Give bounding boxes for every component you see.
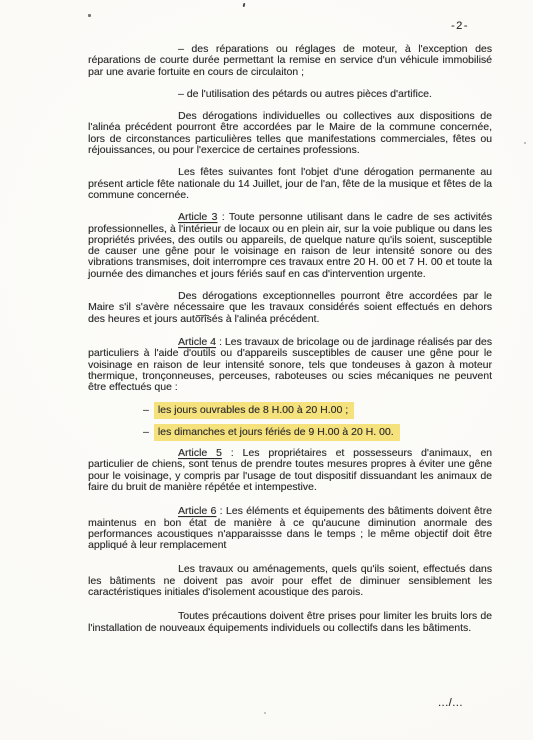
paragraph-exceptional-derogations: Des dérogations exceptionnelles pourront… bbox=[88, 291, 492, 325]
scan-speck bbox=[264, 712, 266, 714]
paragraph-individual-derogations: Des dérogations individuelles ou collect… bbox=[88, 111, 492, 156]
scan-speck bbox=[243, 3, 246, 7]
page-number: -2- bbox=[451, 21, 469, 32]
document-body: – des réparations ou réglages de moteur,… bbox=[88, 44, 492, 645]
article-6-label: Article 6 bbox=[178, 505, 216, 517]
article-4-label: Article 4 bbox=[178, 336, 216, 348]
scan-speck bbox=[196, 315, 209, 316]
highlighted-item-sundays: –les dimanches et jours fériés de 9 H.00… bbox=[143, 427, 492, 438]
article-3-label: Article 3 bbox=[178, 211, 217, 223]
paragraph-precautions: Toutes précautions doivent être prises p… bbox=[88, 611, 492, 634]
highlighted-text-sundays: les dimanches et jours fériés de 9 H.00 … bbox=[154, 424, 400, 441]
continuation-mark: .../... bbox=[438, 698, 463, 709]
paragraph-building-works: Les travaux ou aménagements, quels qu'il… bbox=[88, 564, 492, 598]
paragraph-exclusion-repairs: – des réparations ou réglages de moteur,… bbox=[88, 44, 492, 78]
paragraph-exclusion-firecrackers: – de l'utilisation des pétards ou autres… bbox=[88, 89, 492, 100]
highlighted-text-weekdays: les jours ouvrables de 8 H.00 à 20 H.00 … bbox=[154, 402, 354, 419]
scan-speck bbox=[88, 14, 91, 17]
scanned-page: -2- – des réparations ou réglages de mot… bbox=[0, 0, 533, 740]
dash-glyph: – bbox=[143, 426, 149, 438]
article-6-text: : Les éléments et équipements des bâtime… bbox=[88, 505, 492, 551]
article-3-text: : Toute personne utilisant dans le cadre… bbox=[88, 211, 492, 279]
highlighted-item-weekdays: –les jours ouvrables de 8 H.00 à 20 H.00… bbox=[143, 405, 492, 416]
paragraph-permanent-derogations: Les fêtes suivantes font l'objet d'une d… bbox=[88, 167, 492, 201]
article-4-text: : Les travaux de bricolage ou de jardina… bbox=[88, 336, 492, 393]
paragraph-article-6: Article 6 : Les éléments et équipements … bbox=[88, 506, 492, 551]
paragraph-article-3: Article 3 : Toute personne utilisant dan… bbox=[88, 212, 492, 280]
dash-glyph: – bbox=[143, 404, 149, 416]
article-5-text: : Les propriétaires et possesseurs d'ani… bbox=[88, 447, 492, 493]
paragraph-article-4: Article 4 : Les travaux de bricolage ou … bbox=[88, 337, 492, 393]
paragraph-article-5: Article 5 : Les propriétaires et possess… bbox=[88, 448, 492, 493]
article-5-label: Article 5 bbox=[178, 447, 222, 459]
scan-speck bbox=[524, 142, 526, 144]
